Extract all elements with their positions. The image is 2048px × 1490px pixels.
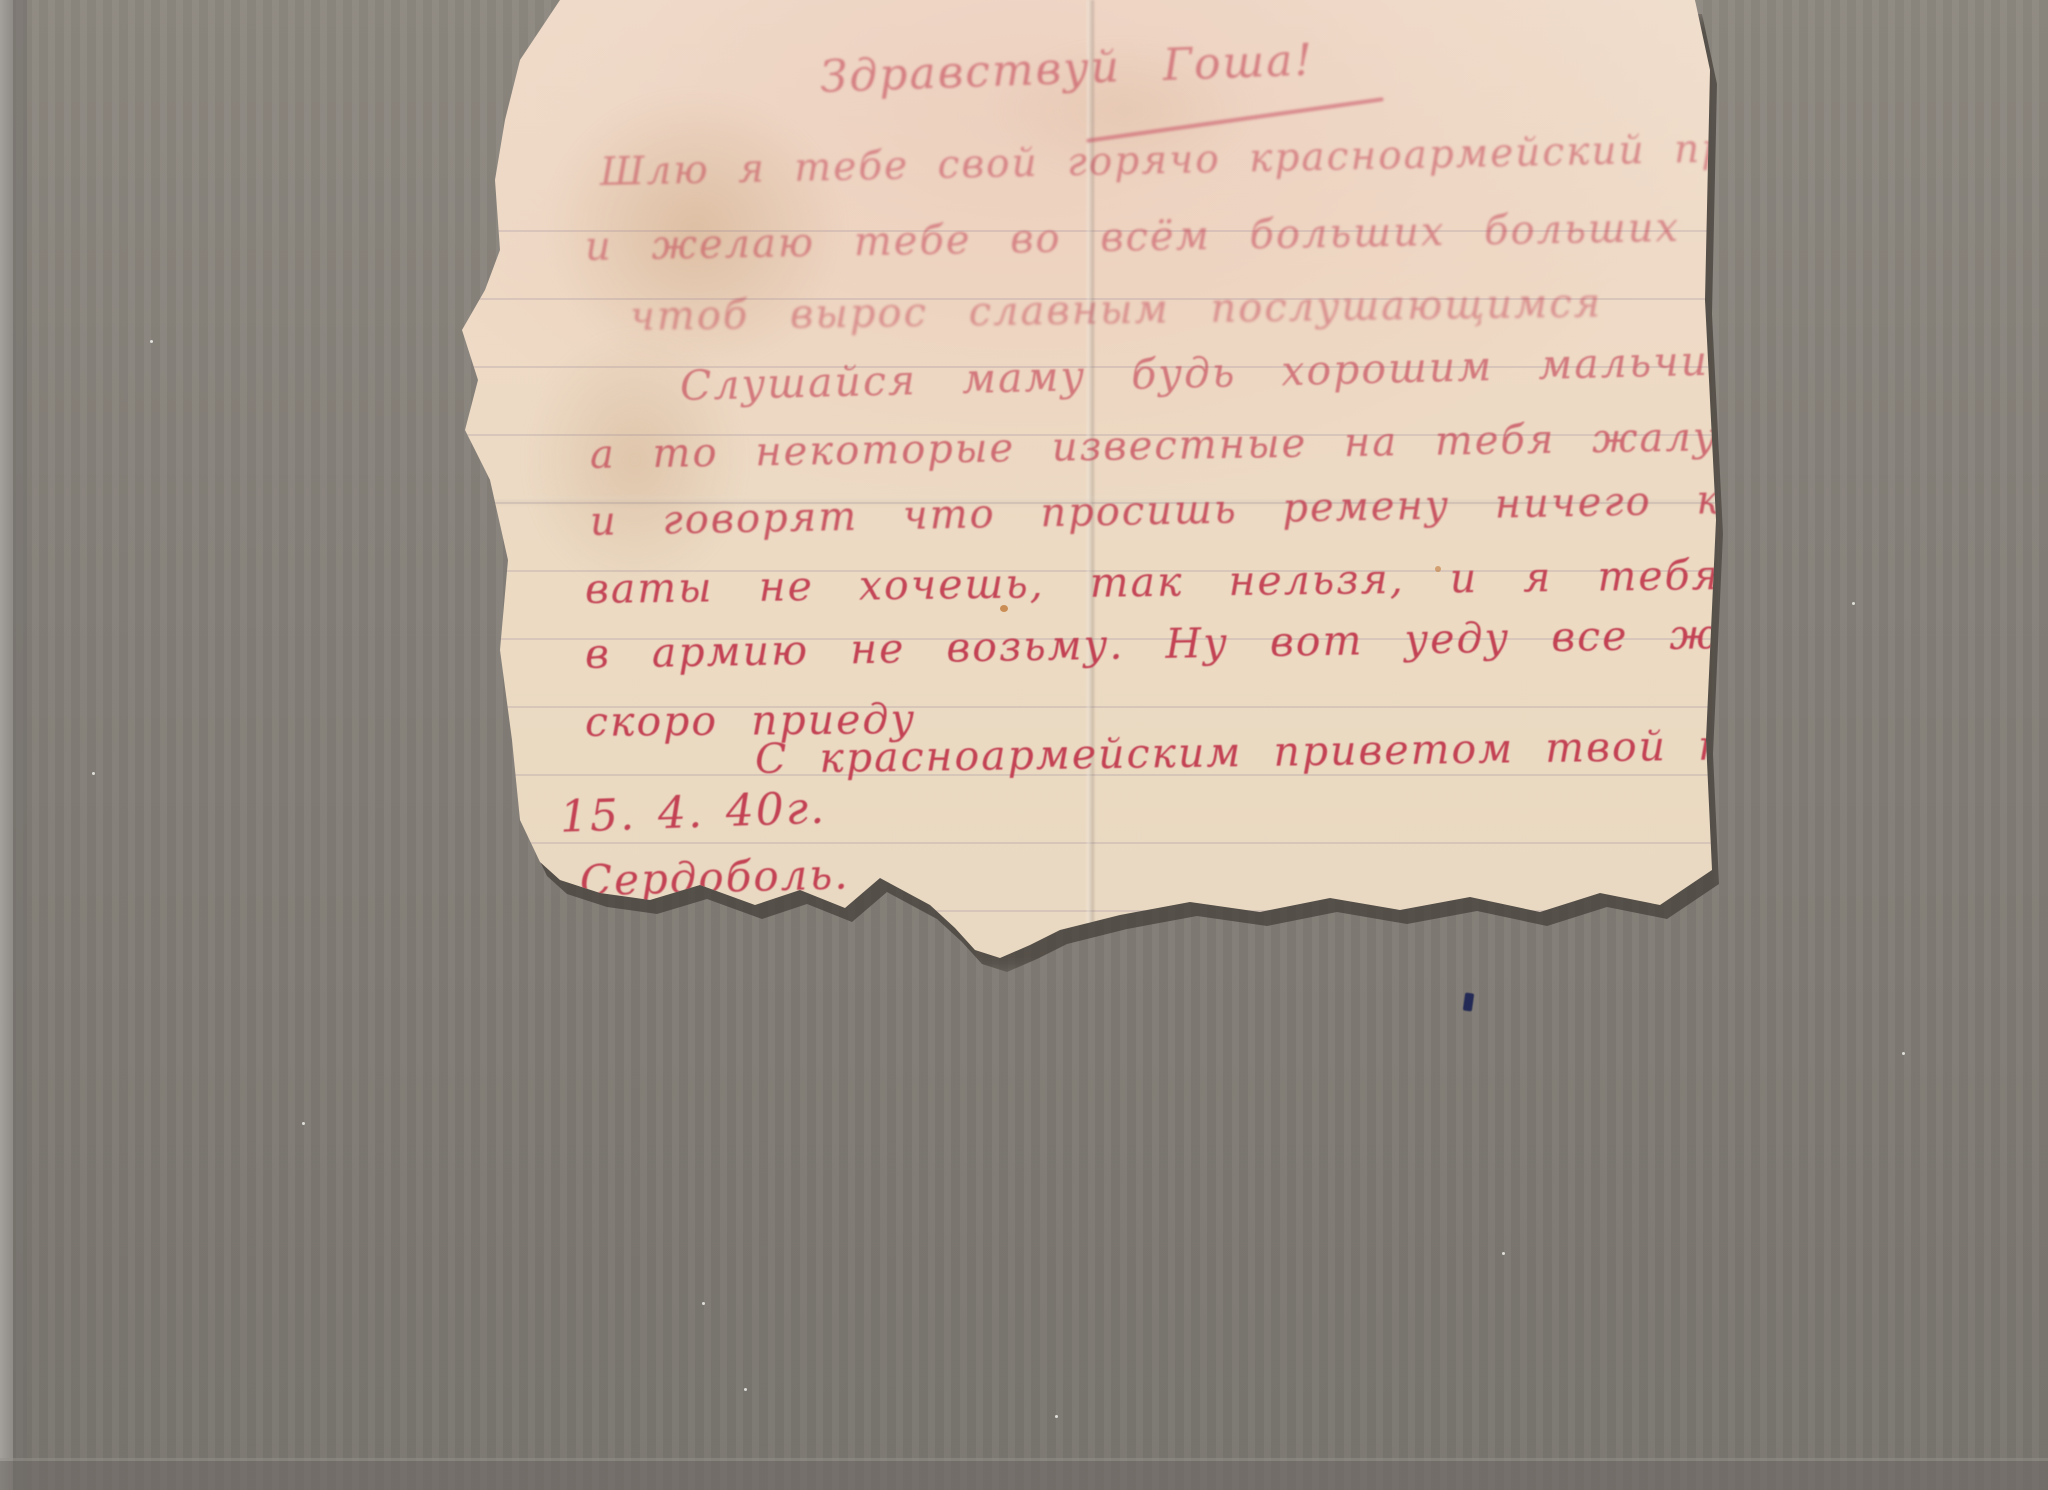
dust-speck [744, 1388, 747, 1391]
scanner-bottom-strip [0, 1461, 2048, 1490]
dust-speck [702, 1302, 705, 1305]
letter-scan: Здравствуй Гоша! Шлю я тебе свой горячо … [455, 0, 1725, 965]
dust-speck [1902, 1052, 1905, 1055]
ink-speck [1463, 992, 1474, 1011]
letter-paper: Здравствуй Гоша! Шлю я тебе свой горячо … [455, 0, 1725, 960]
dust-speck [1055, 1415, 1058, 1418]
letter-date: 15. 4. 40г. [559, 783, 827, 843]
scanner-edge-strip [0, 0, 13, 1490]
dust-speck [150, 340, 153, 343]
dust-speck [1502, 1252, 1505, 1255]
scanner-bed: Здравствуй Гоша! Шлю я тебе свой горячо … [0, 0, 2048, 1490]
dust-speck [1852, 602, 1855, 605]
dust-speck [302, 1122, 305, 1125]
dust-speck [92, 772, 95, 775]
scanner-edge-shadow [13, 0, 27, 1490]
